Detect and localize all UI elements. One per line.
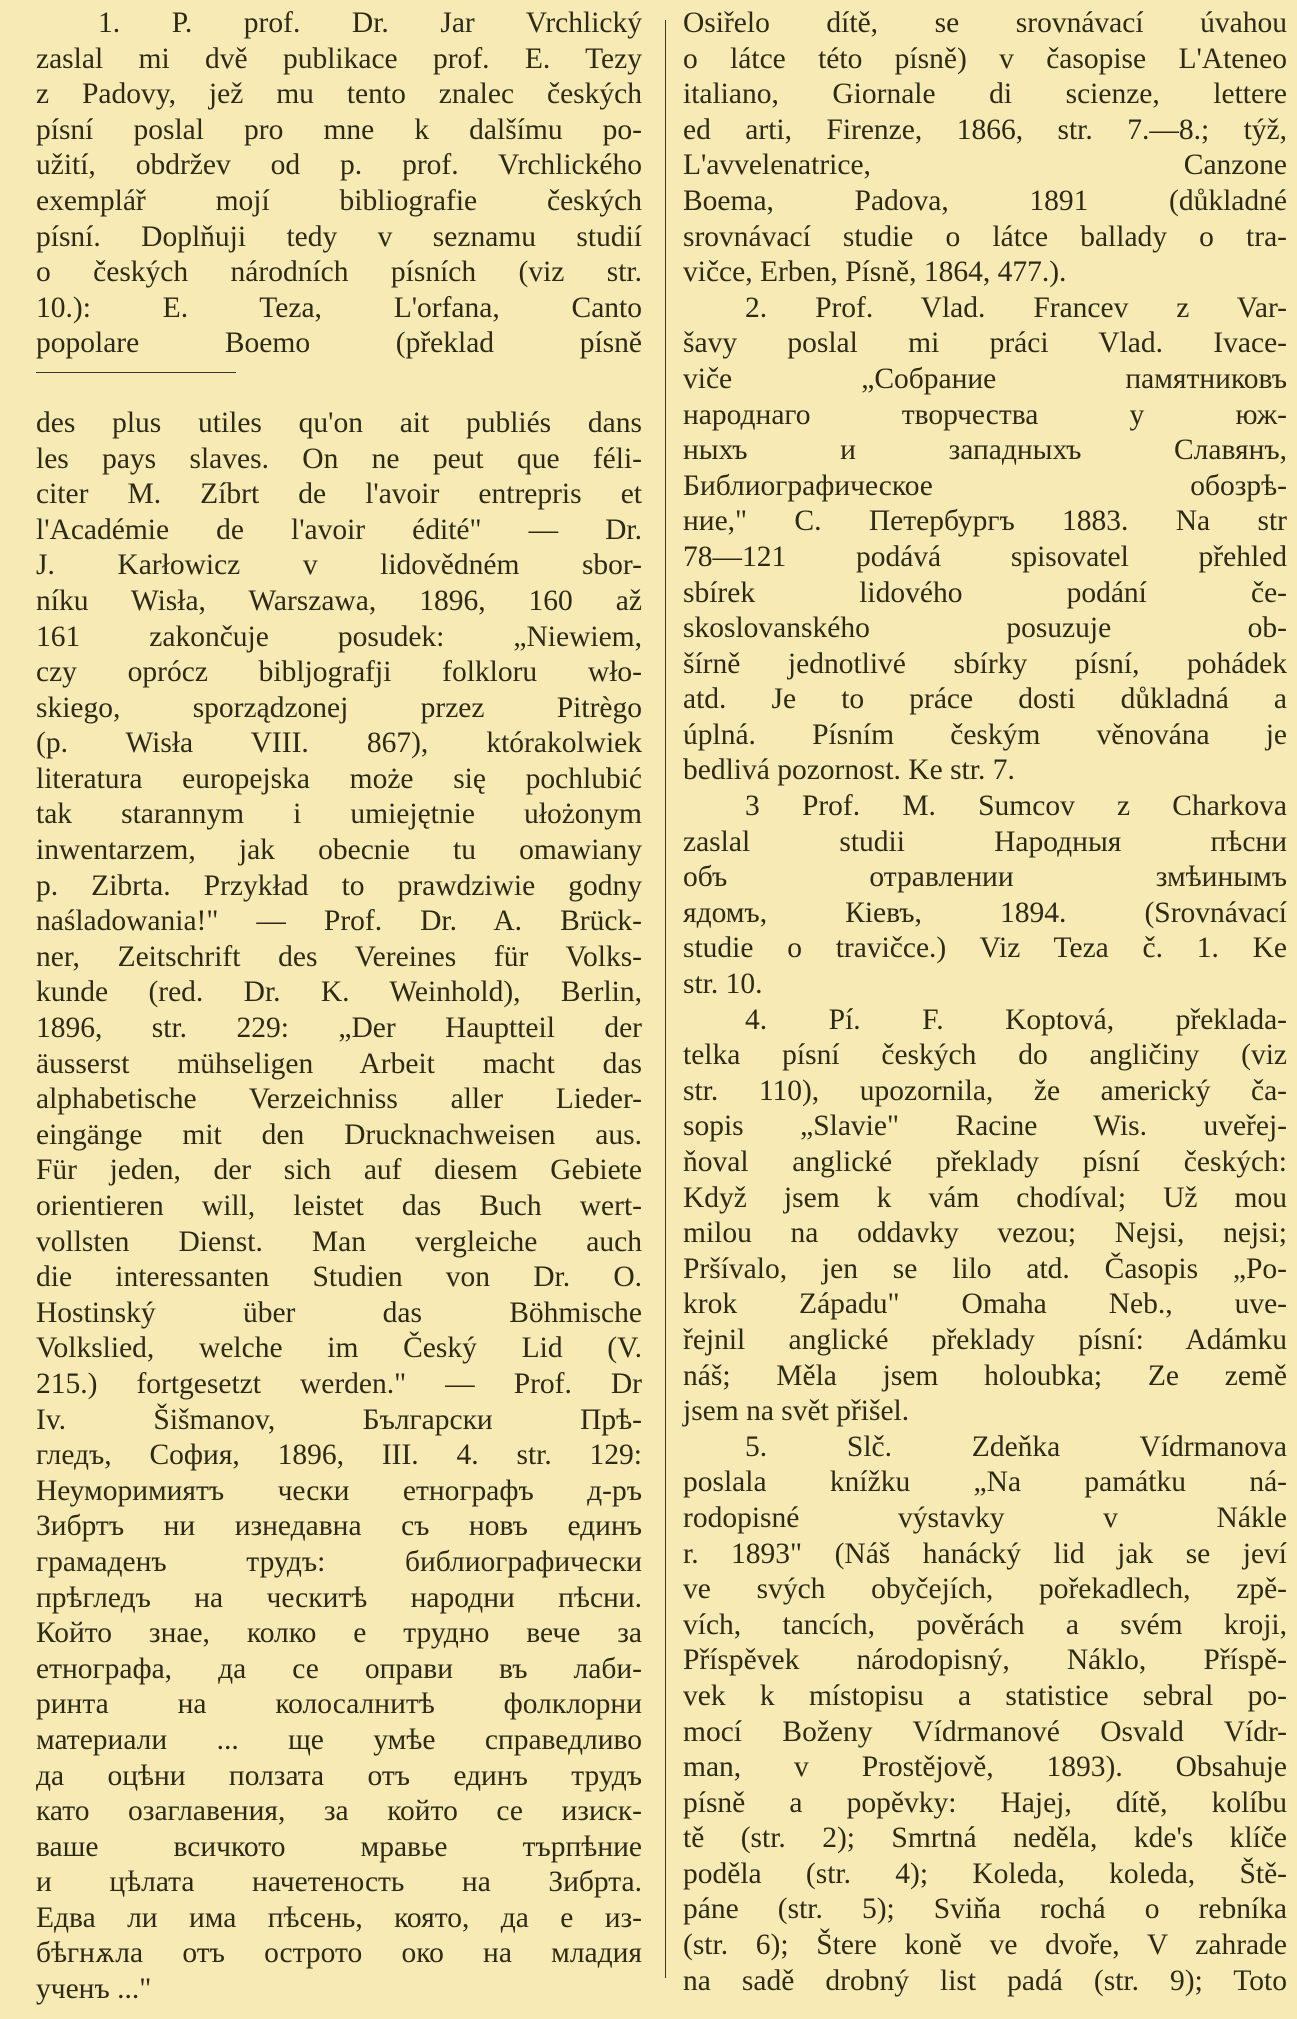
footnote-line: orientieren will, leistet das Buch wert- <box>36 1189 642 1225</box>
text-line: tě (str. 2); Smrtná neděla, kde's klíče <box>683 1821 1287 1857</box>
text-line: Osiřelo dítě, se srovnávací úvahou <box>683 6 1287 42</box>
text-line: 10.): E. Teza, L'orfana, Canto <box>36 291 642 327</box>
text-line: ed arti, Firenze, 1866, str. 7.—8.; týž, <box>683 113 1287 149</box>
text-line: jsem na svět přišel. <box>683 1394 1287 1430</box>
text-line: ňoval anglické překlady písní českých: <box>683 1145 1287 1181</box>
footnote-line: vollsten Dienst. Man vergleiche auch <box>36 1225 642 1261</box>
footnote-line: Който знае, колко е трудно вече за <box>36 1616 642 1652</box>
text-line: vičce, Erben, Písně, 1864, 477.). <box>683 255 1287 291</box>
footnote-line: гледъ, София, 1896, III. 4. str. 129: <box>36 1438 642 1474</box>
footnote-line: skiego, sporządzonej przez Pitrègo <box>36 691 642 727</box>
footnote-line: naśladowania!" — Prof. Dr. A. Brück- <box>36 904 642 940</box>
text-line: ныхъ и западныхъ Славянъ, <box>683 433 1287 469</box>
text-line: zaslal mi dvě publikace prof. E. Tezy <box>36 42 642 78</box>
text-line: str. 10. <box>683 967 1287 1003</box>
text-line: milou na oddavky vezou; Nejsi, nejsi; <box>683 1216 1287 1252</box>
footnote-line: alphabetische Verzeichniss aller Lieder- <box>36 1082 642 1118</box>
text-line: zaslal studii Народныя пѣсни <box>683 825 1287 861</box>
text-line: ve svých obyčejích, pořekadlech, zpě- <box>683 1572 1287 1608</box>
text-line: italiano, Giornale di scienze, lettere <box>683 77 1287 113</box>
footnote-line: етнографа, да се оправи въ лаби- <box>36 1652 642 1688</box>
footnote-line: грамаденъ трудъ: библиографически <box>36 1545 642 1581</box>
footnote-line: des plus utiles qu'on ait publiés dans <box>36 406 642 442</box>
footnote-line: ner, Zeitschrift des Vereines für Volks- <box>36 940 642 976</box>
footnote-line: eingänge mit den Drucknachweisen aus. <box>36 1118 642 1154</box>
footnote-line: Зибртъ ни изнедавна съ новъ единъ <box>36 1509 642 1545</box>
text-line: L'avvelenatrice, Canzone <box>683 148 1287 184</box>
text-line: skoslovanského posuzuje ob- <box>683 611 1287 647</box>
footnote-line: Hostinský über das Böhmische <box>36 1296 642 1332</box>
text-line: studie o travičce.) Viz Teza č. 1. Ke <box>683 931 1287 967</box>
main-text-block: 1. P. prof. Dr. Jar Vrchlický zaslal mi … <box>36 6 642 362</box>
text-line: str. 110), upozornila, že americký ča- <box>683 1074 1287 1110</box>
text-line: atd. Je to práce dosti důkladná a <box>683 682 1287 718</box>
footnote-line: citer M. Zíbrt de l'avoir entrepris et <box>36 477 642 513</box>
column-divider <box>665 20 666 1978</box>
text-line: písně a popěvky: Hajej, dítě, kolíbu <box>683 1786 1287 1822</box>
footnote-line: die interessanten Studien von Dr. O. <box>36 1260 642 1296</box>
footnote-line: les pays slaves. On ne peut que féli- <box>36 442 642 478</box>
footnote-line: (p. Wisła VIII. 867), którakolwiek <box>36 726 642 762</box>
footnote-block: des plus utiles qu'on ait publiés dans l… <box>36 406 642 2008</box>
text-line: Библиографическое обозрѣ- <box>683 469 1287 505</box>
text-line: man, v Prostějově, 1893). Obsahuje <box>683 1750 1287 1786</box>
footnote-line: ринта на колосалнитѣ фолклорни <box>36 1687 642 1723</box>
footnote-line: Volkslied, welche im Český Lid (V. <box>36 1331 642 1367</box>
text-line: rodopisné výstavky v Nákle <box>683 1501 1287 1537</box>
footnote-line: и цѣлата начетеность на Зибрта. <box>36 1865 642 1901</box>
entry-3-start: 3 Prof. M. Sumcov z Charkova <box>683 789 1287 825</box>
text-line: exemplář mojí bibliografie českých <box>36 184 642 220</box>
footnote-line: inwentarzem, jak obecnie tu omawiany <box>36 833 642 869</box>
footnote-line: literatura europejska może się pochlubić <box>36 762 642 798</box>
text-line: ядомъ, Кіевъ, 1894. (Srovnávací <box>683 896 1287 932</box>
footnote-line: czy oprócz bibljografji folkloru wło- <box>36 655 642 691</box>
text-line: na sadě drobný list padá (str. 9); Toto <box>683 1964 1287 2000</box>
footnote-separator <box>36 362 642 406</box>
footnote-line: прѣгледъ на ческитѣ народни пѣсни. <box>36 1581 642 1617</box>
footnote-line: J. Karłowicz v lidovědném sbor- <box>36 548 642 584</box>
text-line: úplná. Písním českým věnována je <box>683 718 1287 754</box>
text-line: Když jsem k vám chodíval; Už mou <box>683 1181 1287 1217</box>
footnote-line: l'Académie de l'avoir édité" — Dr. <box>36 513 642 549</box>
footnote-line: като озаглавения, за който се изиск- <box>36 1794 642 1830</box>
text-line: řejnil anglické překlady písní: Adámku <box>683 1323 1287 1359</box>
text-line: písní poslal pro mne k dalšímu po- <box>36 113 642 149</box>
footnote-line: tak starannym i umiejętnie ułożonym <box>36 797 642 833</box>
footnote-line: p. Zibrta. Przykład to prawdziwie godny <box>36 869 642 905</box>
left-column: 1. P. prof. Dr. Jar Vrchlický zaslal mi … <box>36 6 642 2008</box>
footnote-line: 1896, str. 229: „Der Hauptteil der <box>36 1011 642 1047</box>
footnote-line: Für jeden, der sich auf diesem Gebiete <box>36 1153 642 1189</box>
text-line: telka písní českých do angličiny (viz <box>683 1038 1287 1074</box>
footnote-line: да оцѣни ползата отъ единъ трудъ <box>36 1759 642 1795</box>
text-line: sopis „Slavie" Racine Wis. uveřej- <box>683 1109 1287 1145</box>
footnote-line: Едва ли има пѣсень, която, да е из- <box>36 1901 642 1937</box>
text-line: popolare Boemo (překlad písně <box>36 326 642 362</box>
text-line: užití, obdržev od p. prof. Vrchlického <box>36 148 642 184</box>
entry-2-start: 2. Prof. Vlad. Francev z Var- <box>683 291 1287 327</box>
text-line: šavy poslal mi práci Vlad. Ivace- <box>683 326 1287 362</box>
text-line: r. 1893" (Náš hanácký lid jak se jeví <box>683 1537 1287 1573</box>
text-line: viče „Собрание памятниковъ <box>683 362 1287 398</box>
footnote-line: Iv. Šišmanov, Български Прѣ- <box>36 1403 642 1439</box>
text-line: Pršívalo, jen se lilo atd. Časopis „Po- <box>683 1252 1287 1288</box>
text-line: 1. P. prof. Dr. Jar Vrchlický <box>36 6 642 42</box>
text-line: народнаго творчества у юж- <box>683 398 1287 434</box>
text-line: náš; Měla jsem holoubka; Ze země <box>683 1359 1287 1395</box>
entry-5-start: 5. Slč. Zdeňka Vídrmanova <box>683 1430 1287 1466</box>
scanned-page: 1. P. prof. Dr. Jar Vrchlický zaslal mi … <box>0 0 1297 2019</box>
text-line: páne (str. 5); Sviňa rochá o rebníka <box>683 1892 1287 1928</box>
text-line: mocí Boženy Vídrmanové Osvald Vídr- <box>683 1715 1287 1751</box>
footnote-line: 215.) fortgesetzt werden." — Prof. Dr <box>36 1367 642 1403</box>
footnote-line: материали ... ще умѣе справедливо <box>36 1723 642 1759</box>
text-line: poděla (str. 4); Koleda, koleda, Ště- <box>683 1857 1287 1893</box>
footnote-line: ученъ ..." <box>36 1972 642 2008</box>
footnote-line: бѣгнѫла отъ острото око на младия <box>36 1936 642 1972</box>
text-line: ние," С. Петербургъ 1883. Na str <box>683 504 1287 540</box>
text-line: poslala knížku „Na památku ná- <box>683 1465 1287 1501</box>
text-line: vích, tancích, pověrách a svém kroji, <box>683 1608 1287 1644</box>
text-line: (str. 6); Štere koně ve dvoře, V zahrade <box>683 1928 1287 1964</box>
text-line: šírně jednotlivé sbírky písní, pohádek <box>683 647 1287 683</box>
text-line: Příspěvek národopisný, Náklo, Příspě- <box>683 1643 1287 1679</box>
text-line: vek k místopisu a statistice sebral po- <box>683 1679 1287 1715</box>
text-line: písní. Doplňuji tedy v seznamu studií <box>36 220 642 256</box>
entry-4-start: 4. Pí. F. Koptová, překlada- <box>683 1003 1287 1039</box>
text-line: o českých národních písních (viz str. <box>36 255 642 291</box>
footnote-line: Неуморимиятъ чески етнографъ д-ръ <box>36 1474 642 1510</box>
text-line: o látce této písně) v časopise L'Ateneo <box>683 42 1287 78</box>
text-line: bedlivá pozornost. Ke str. 7. <box>683 753 1287 789</box>
text-line: krok Západu" Omaha Neb., uve- <box>683 1287 1287 1323</box>
text-line: z Padovy, jež mu tento znalec českých <box>36 77 642 113</box>
text-line: 78—121 podává spisovatel přehled <box>683 540 1287 576</box>
text-line: Boema, Padova, 1891 (důkladné <box>683 184 1287 220</box>
footnote-line: äusserst mühseligen Arbeit macht das <box>36 1047 642 1083</box>
text-line: srovnávací studie o látce ballady o tra- <box>683 220 1287 256</box>
text-line: sbírek lidového podání če- <box>683 576 1287 612</box>
footnote-rule <box>36 372 236 373</box>
right-column: Osiřelo dítě, se srovnávací úvahou o lát… <box>683 6 1287 1999</box>
footnote-line: níku Wisła, Warszawa, 1896, 160 až <box>36 584 642 620</box>
footnote-line: ваше всичкото мравье търпѣние <box>36 1830 642 1866</box>
text-line: объ отравлении змѣинымъ <box>683 860 1287 896</box>
footnote-line: kunde (red. Dr. K. Weinhold), Berlin, <box>36 975 642 1011</box>
footnote-line: 161 zakončuje posudek: „Niewiem, <box>36 620 642 656</box>
